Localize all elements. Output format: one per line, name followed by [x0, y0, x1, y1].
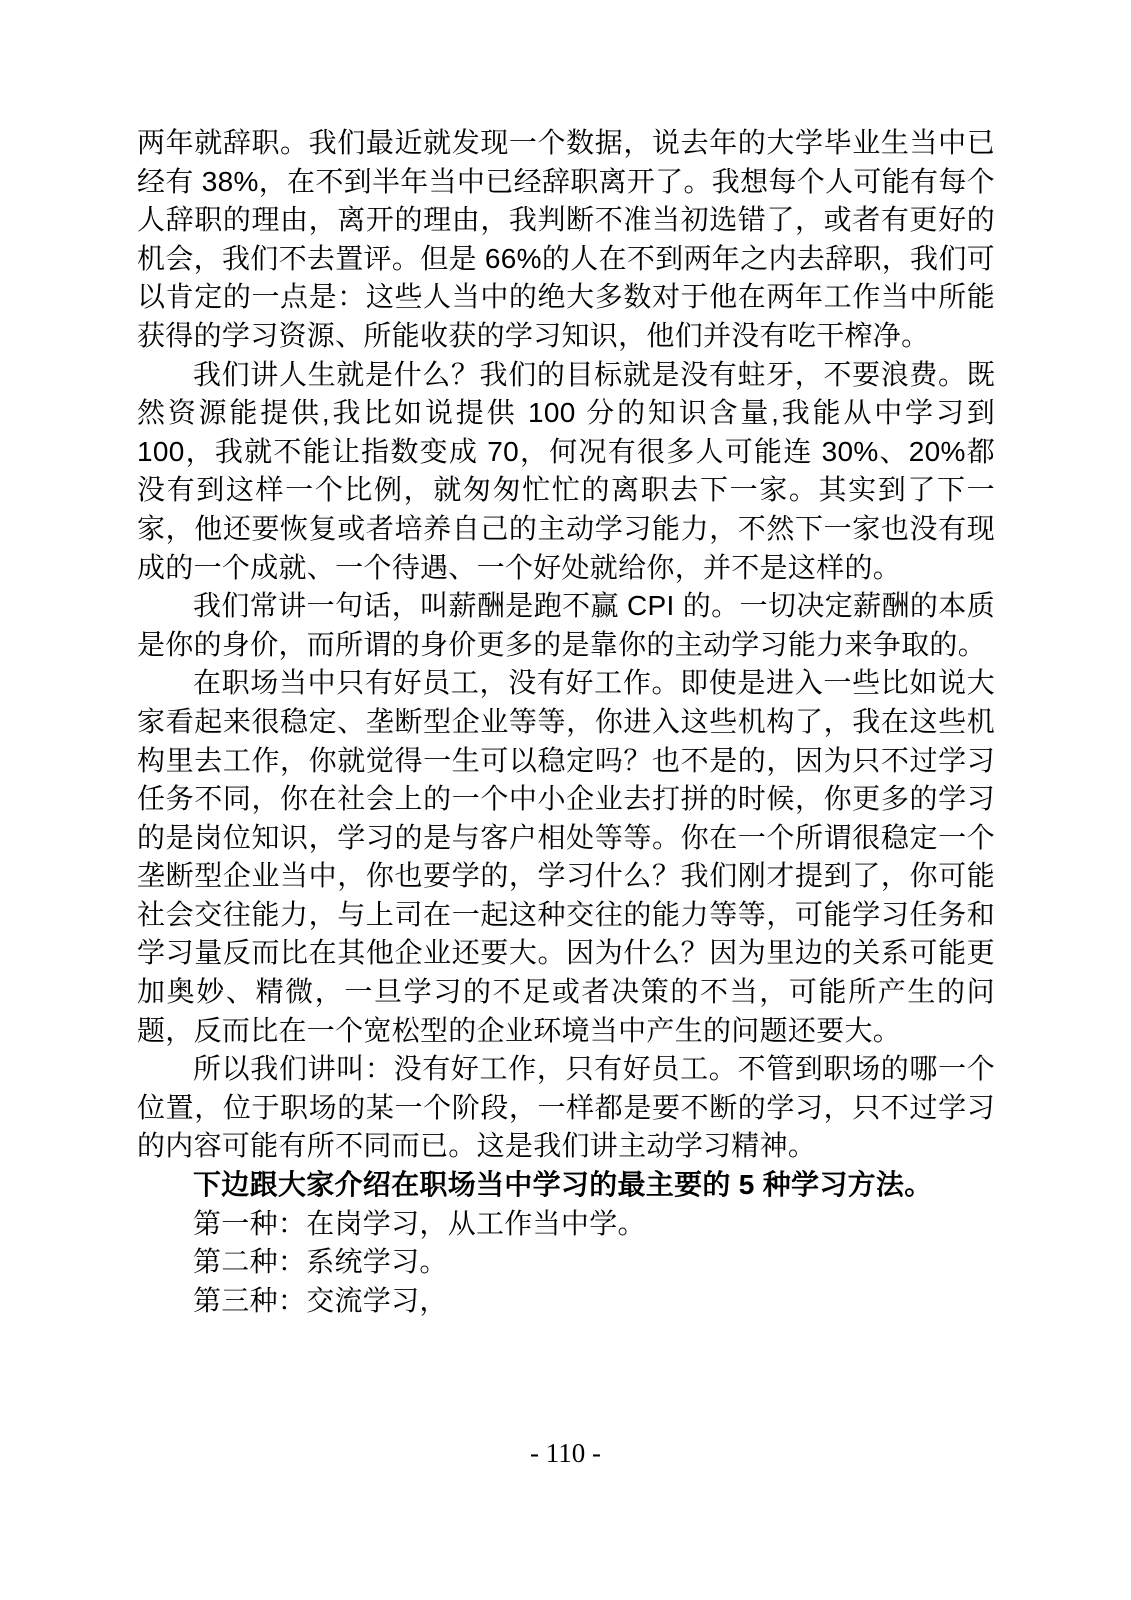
page-footer: - 110 - — [0, 1438, 1131, 1469]
page-number: - 110 - — [530, 1438, 601, 1468]
document-page: 两年就辞职。我们最近就发现一个数据，说去年的大学毕业生当中已经有 38%，在不到… — [0, 0, 1131, 1600]
paragraph-salary-cpi: 我们常讲一句话，叫薪酬是跑不赢 CPI 的。一切决定薪酬的本质是你的身价，而所谓… — [137, 587, 995, 664]
paragraph-life-goal: 我们讲人生就是什么？我们的目标就是没有蛀牙，不要浪费。既然资源能提供,我比如说提… — [137, 356, 995, 588]
paragraph-resignation-data: 两年就辞职。我们最近就发现一个数据，说去年的大学毕业生当中已经有 38%，在不到… — [137, 124, 995, 356]
list-item-method-1: 第一种：在岗学习，从工作当中学。 — [137, 1205, 995, 1244]
list-item-method-3: 第三种：交流学习， — [137, 1282, 995, 1321]
text-body: 两年就辞职。我们最近就发现一个数据，说去年的大学毕业生当中已经有 38%，在不到… — [137, 124, 995, 1320]
paragraph-good-employee: 在职场当中只有好员工，没有好工作。即使是进入一些比如说大家看起来很稳定、垄断型企… — [137, 664, 995, 1050]
paragraph-five-methods-heading: 下边跟大家介绍在职场当中学习的最主要的 5 种学习方法。 — [137, 1166, 995, 1205]
list-item-method-2: 第二种：系统学习。 — [137, 1243, 995, 1282]
paragraph-keep-learning: 所以我们讲叫：没有好工作，只有好员工。不管到职场的哪一个位置，位于职场的某一个阶… — [137, 1050, 995, 1166]
